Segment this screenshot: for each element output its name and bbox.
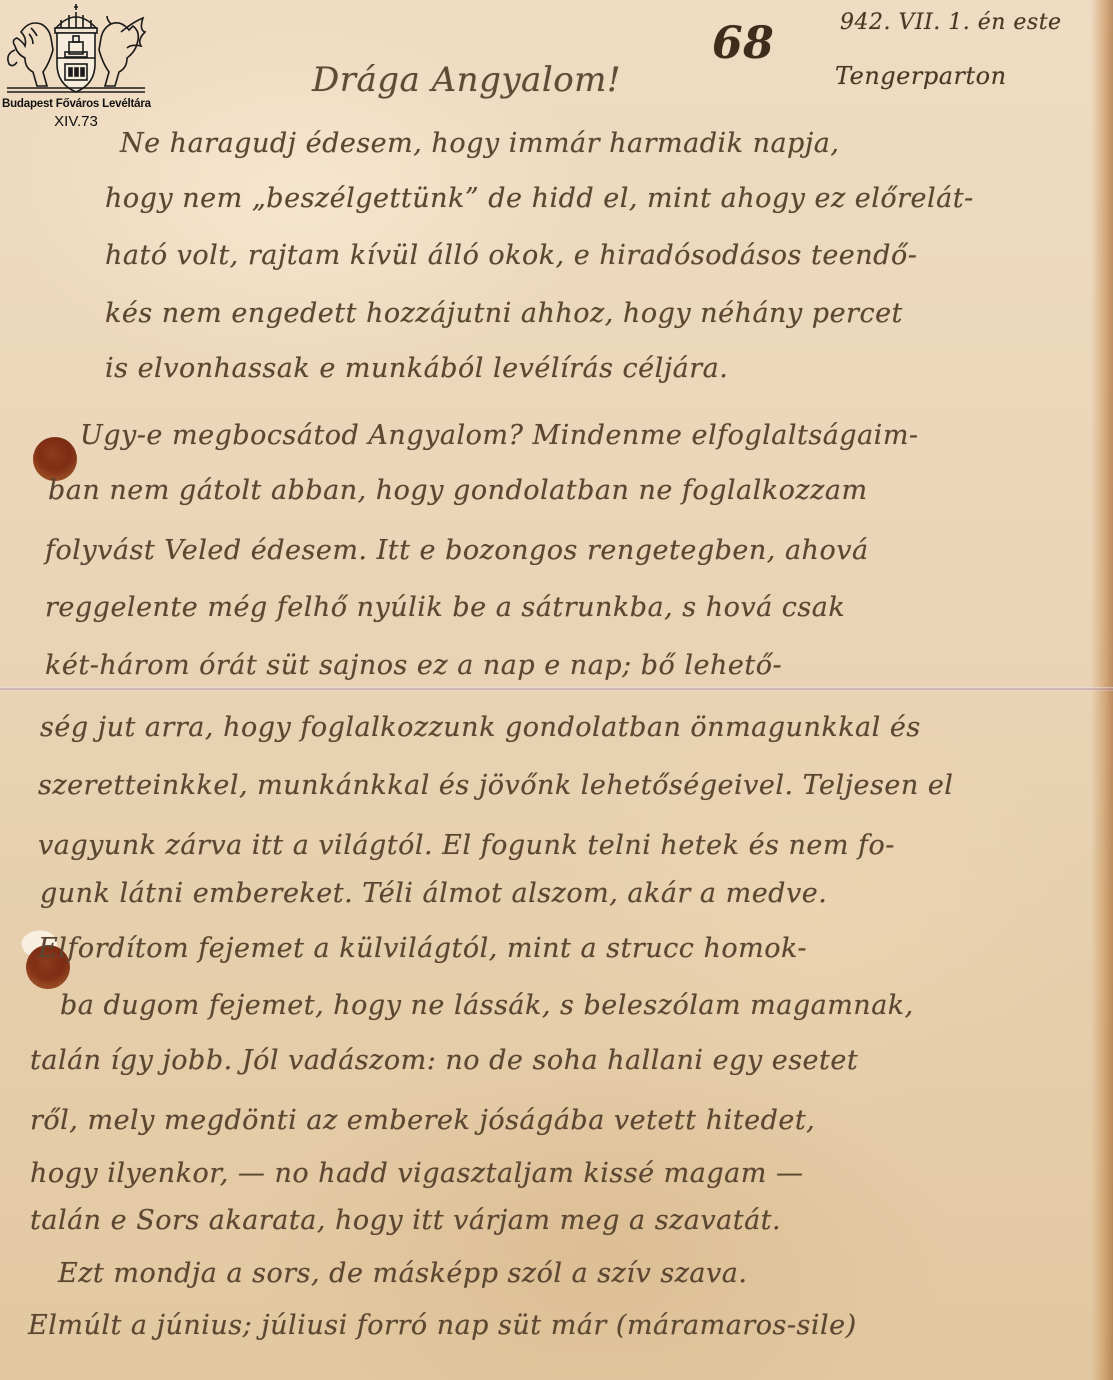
letter-line: ség jut arra, hogy foglalkozzunk gondola… bbox=[40, 712, 921, 743]
letter-date: 942. VII. 1. én este bbox=[840, 10, 1062, 35]
letter-line: gunk látni embereket. Téli álmot alszom,… bbox=[40, 878, 827, 909]
letter-place: Tengerparton bbox=[835, 62, 1007, 90]
letter-line: folyvást Veled édesem. Itt e bozongos re… bbox=[45, 535, 869, 566]
letter-line: talán e Sors akarata, hogy itt várjam me… bbox=[30, 1205, 781, 1236]
paper-fold-crease bbox=[0, 687, 1113, 691]
page-number: 68 bbox=[712, 18, 774, 69]
letter-line: reggelente még felhő nyúlik be a sátrunk… bbox=[45, 592, 845, 623]
letter-line: ban nem gátolt abban, hogy gondolatban n… bbox=[48, 475, 868, 506]
letter-line: Elfordítom fejemet a külvilágtól, mint a… bbox=[38, 933, 807, 964]
letter-line: hogy ilyenkor, — no hadd vigasztaljam ki… bbox=[30, 1158, 803, 1189]
letter-line: ható volt, rajtam kívül álló okok, e hir… bbox=[105, 240, 917, 271]
letter-line: két-három órát süt sajnos ez a nap e nap… bbox=[45, 650, 782, 681]
letter-greeting: Drága Angyalom! bbox=[312, 60, 621, 100]
letter-line: hogy nem „beszélgettünk” de hidd el, min… bbox=[105, 183, 974, 214]
letter-line: Ugy-e megbocsátod Angyalom? Mindenme elf… bbox=[80, 420, 919, 451]
letter-line: Ezt mondja a sors, de másképp szól a szí… bbox=[58, 1258, 747, 1289]
letter-line: szeretteinkkel, munkánkkal és jövőnk leh… bbox=[38, 770, 953, 801]
letter-line: Ne haragudj édesem, hogy immár harmadik … bbox=[120, 128, 839, 159]
letter-line: ba dugom fejemet, hogy ne lássák, s bele… bbox=[60, 990, 914, 1021]
letter-line: ről, mely megdönti az emberek jóságába v… bbox=[30, 1105, 815, 1136]
letter-line: vagyunk zárva itt a világtól. El fogunk … bbox=[38, 830, 895, 861]
budapest-coat-of-arms-icon bbox=[2, 2, 150, 98]
archive-stamp: Budapest Főváros Levéltára XIV.73 bbox=[2, 2, 150, 142]
archive-institution-name: Budapest Főváros Levéltára bbox=[2, 98, 150, 110]
letter-line: Elmúlt a június; júliusi forró nap süt m… bbox=[28, 1310, 857, 1341]
letter-line: kés nem engedett hozzájutni ahhoz, hogy … bbox=[105, 298, 903, 329]
letter-line: is elvonhassak e munkából levélírás célj… bbox=[105, 353, 728, 384]
letter-line: talán így jobb. Jól vadászom: no de soha… bbox=[30, 1045, 858, 1076]
